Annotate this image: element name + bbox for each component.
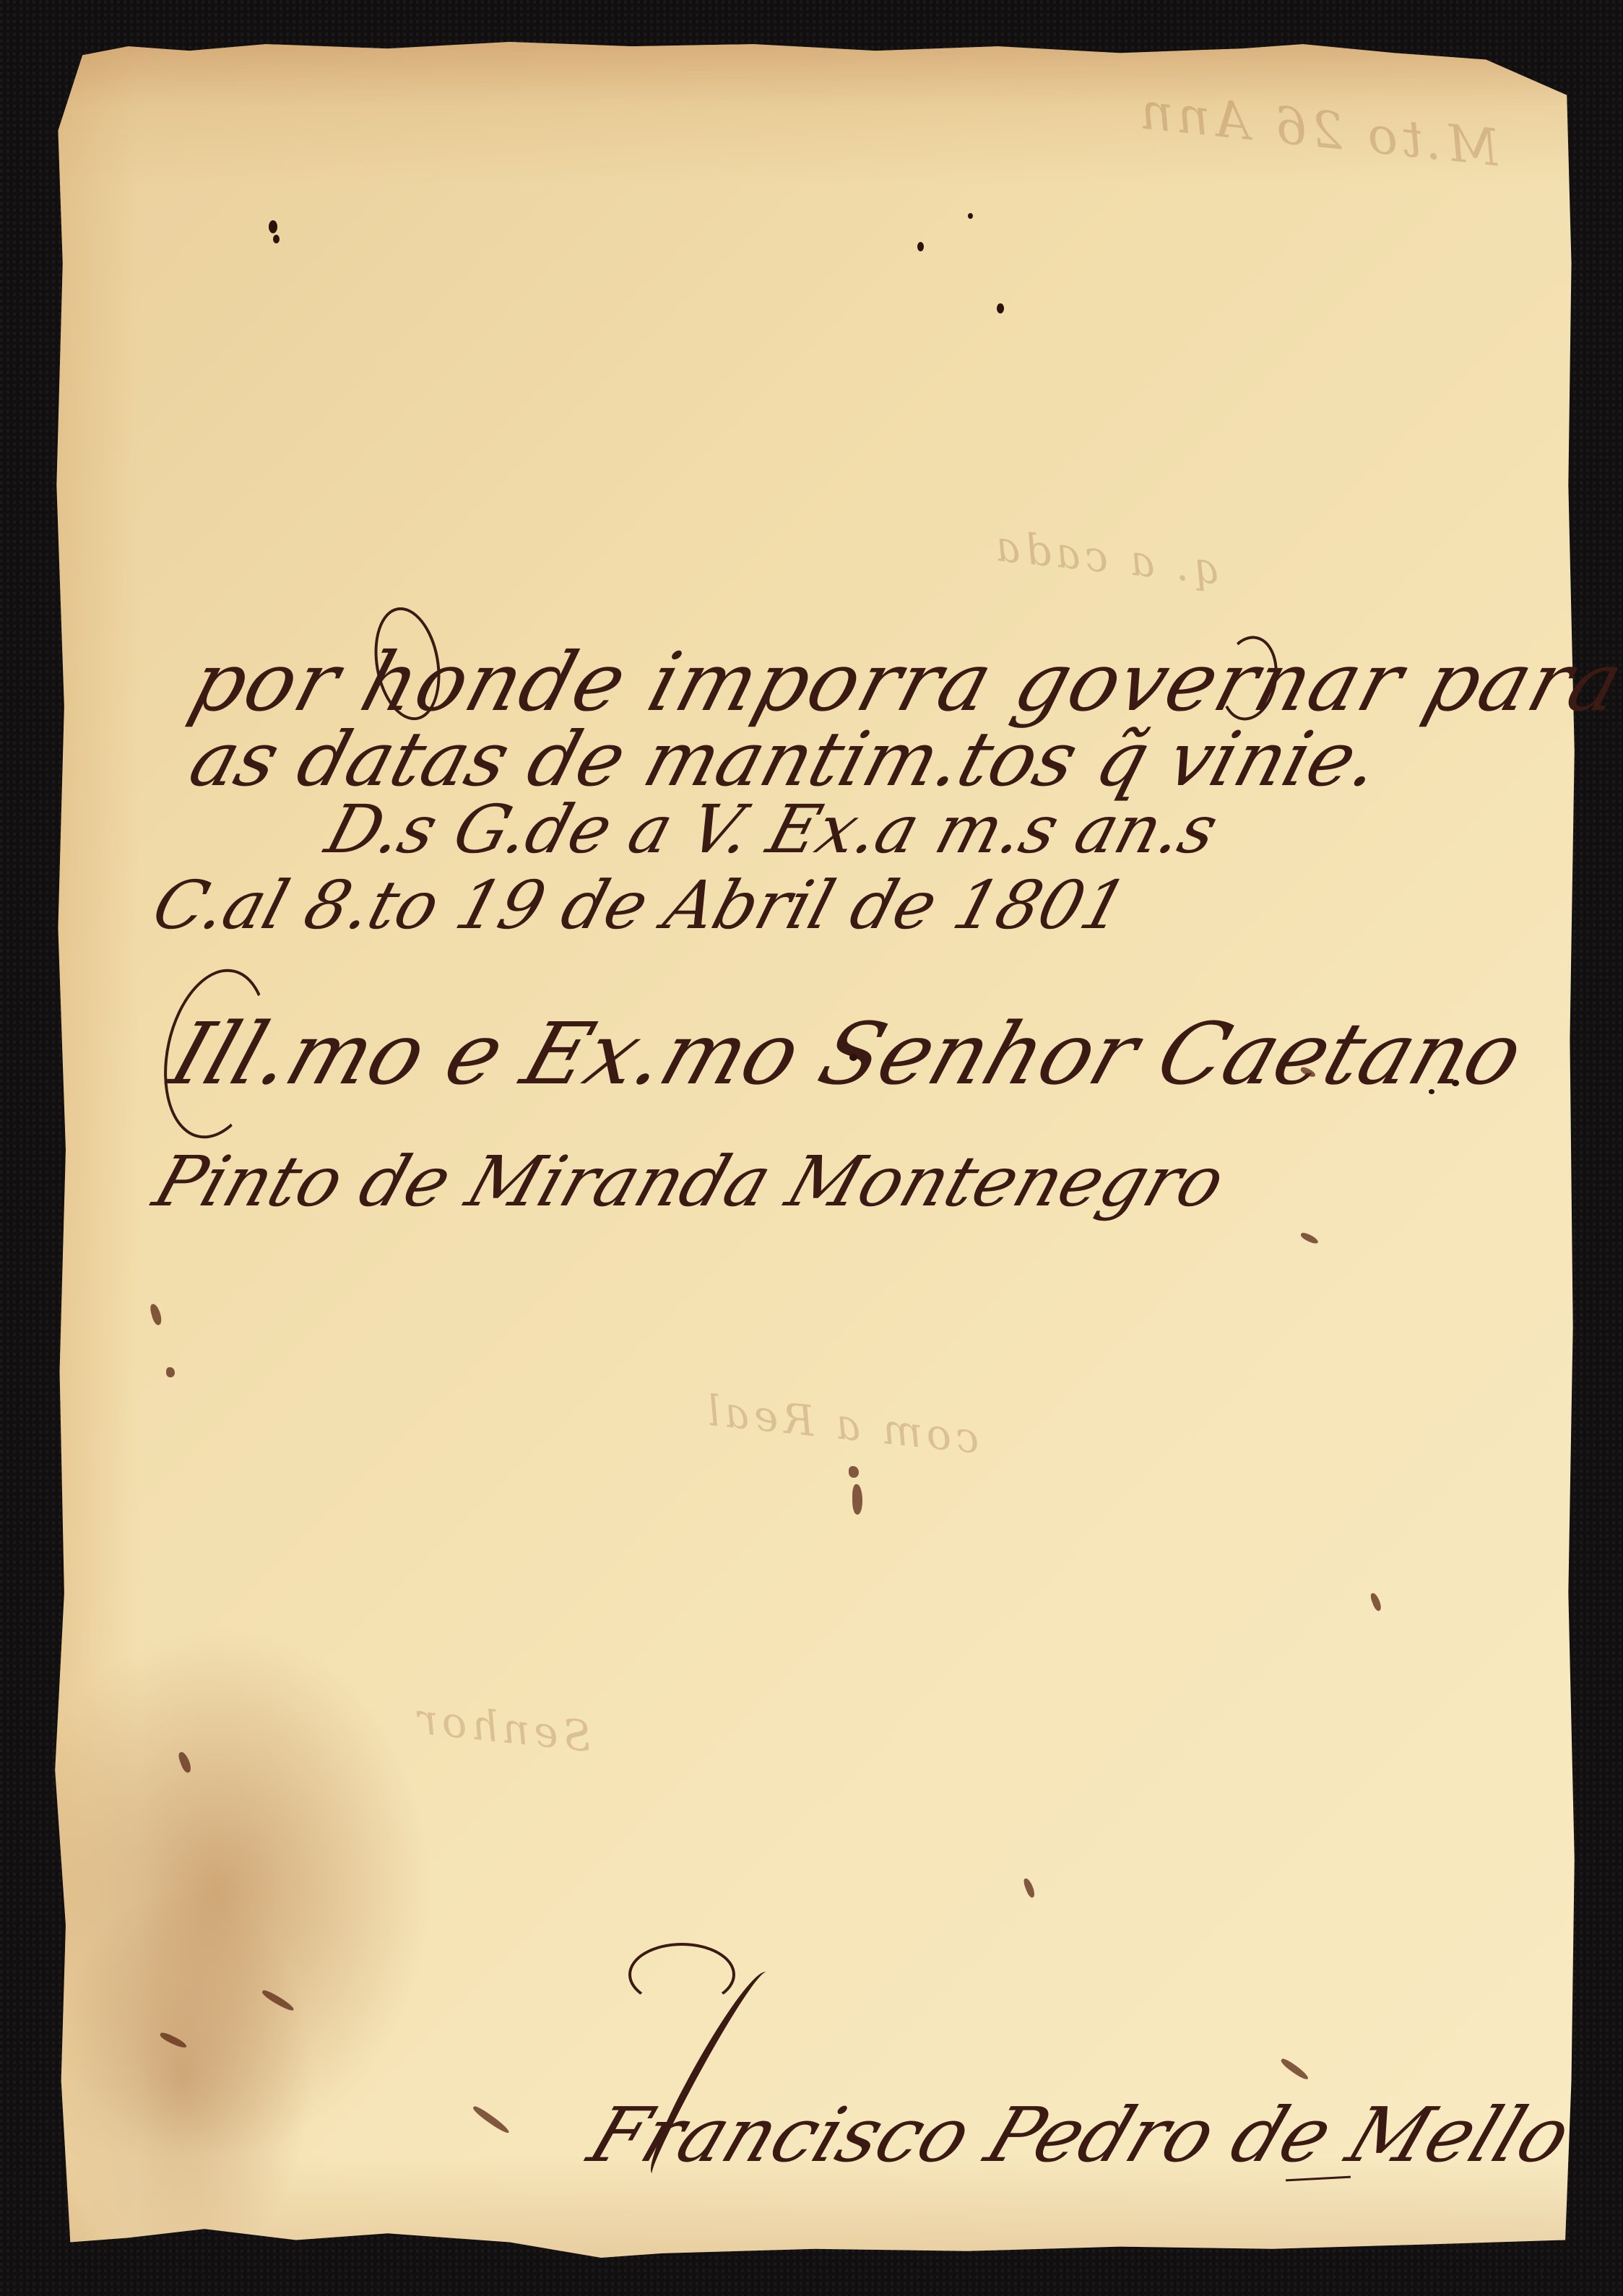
bleed-through-text: com a Real bbox=[701, 1385, 982, 1463]
ink-dot bbox=[273, 235, 280, 243]
signature-flourish bbox=[628, 1943, 735, 2006]
bleed-through-text: Senhor bbox=[411, 1694, 594, 1761]
ink-dot bbox=[1429, 1089, 1434, 1094]
ink-dot bbox=[1452, 1080, 1459, 1086]
place-date-line: C.al 8.to 19 de Abril de 1801 bbox=[144, 867, 1136, 944]
bleed-through-text: q. a cada bbox=[989, 521, 1224, 594]
ink-dot bbox=[968, 213, 973, 219]
bleed-through-text: M.to 26 Ann bbox=[1133, 81, 1502, 178]
ink-dot bbox=[849, 1054, 857, 1061]
ink-blot bbox=[166, 1367, 175, 1377]
ink-blot bbox=[849, 1466, 859, 1478]
addressee-name: Pinto de Miranda Montenegro bbox=[144, 1141, 1234, 1222]
addressee-title: Ill.mo e Ex.mo Senhor Caetano bbox=[159, 1004, 1536, 1104]
ink-dot bbox=[269, 220, 277, 233]
letter-line: as datas de mantim.tos q̃ vinie. bbox=[181, 715, 1390, 803]
ink-blot bbox=[852, 1484, 862, 1515]
signature: Francisco Pedro de Mello bbox=[578, 2091, 1583, 2179]
ink-dot bbox=[917, 242, 924, 251]
ink-dot bbox=[997, 303, 1004, 313]
closing-formula: D.s G.de a V. Ex.a m.s an.s bbox=[318, 791, 1226, 868]
